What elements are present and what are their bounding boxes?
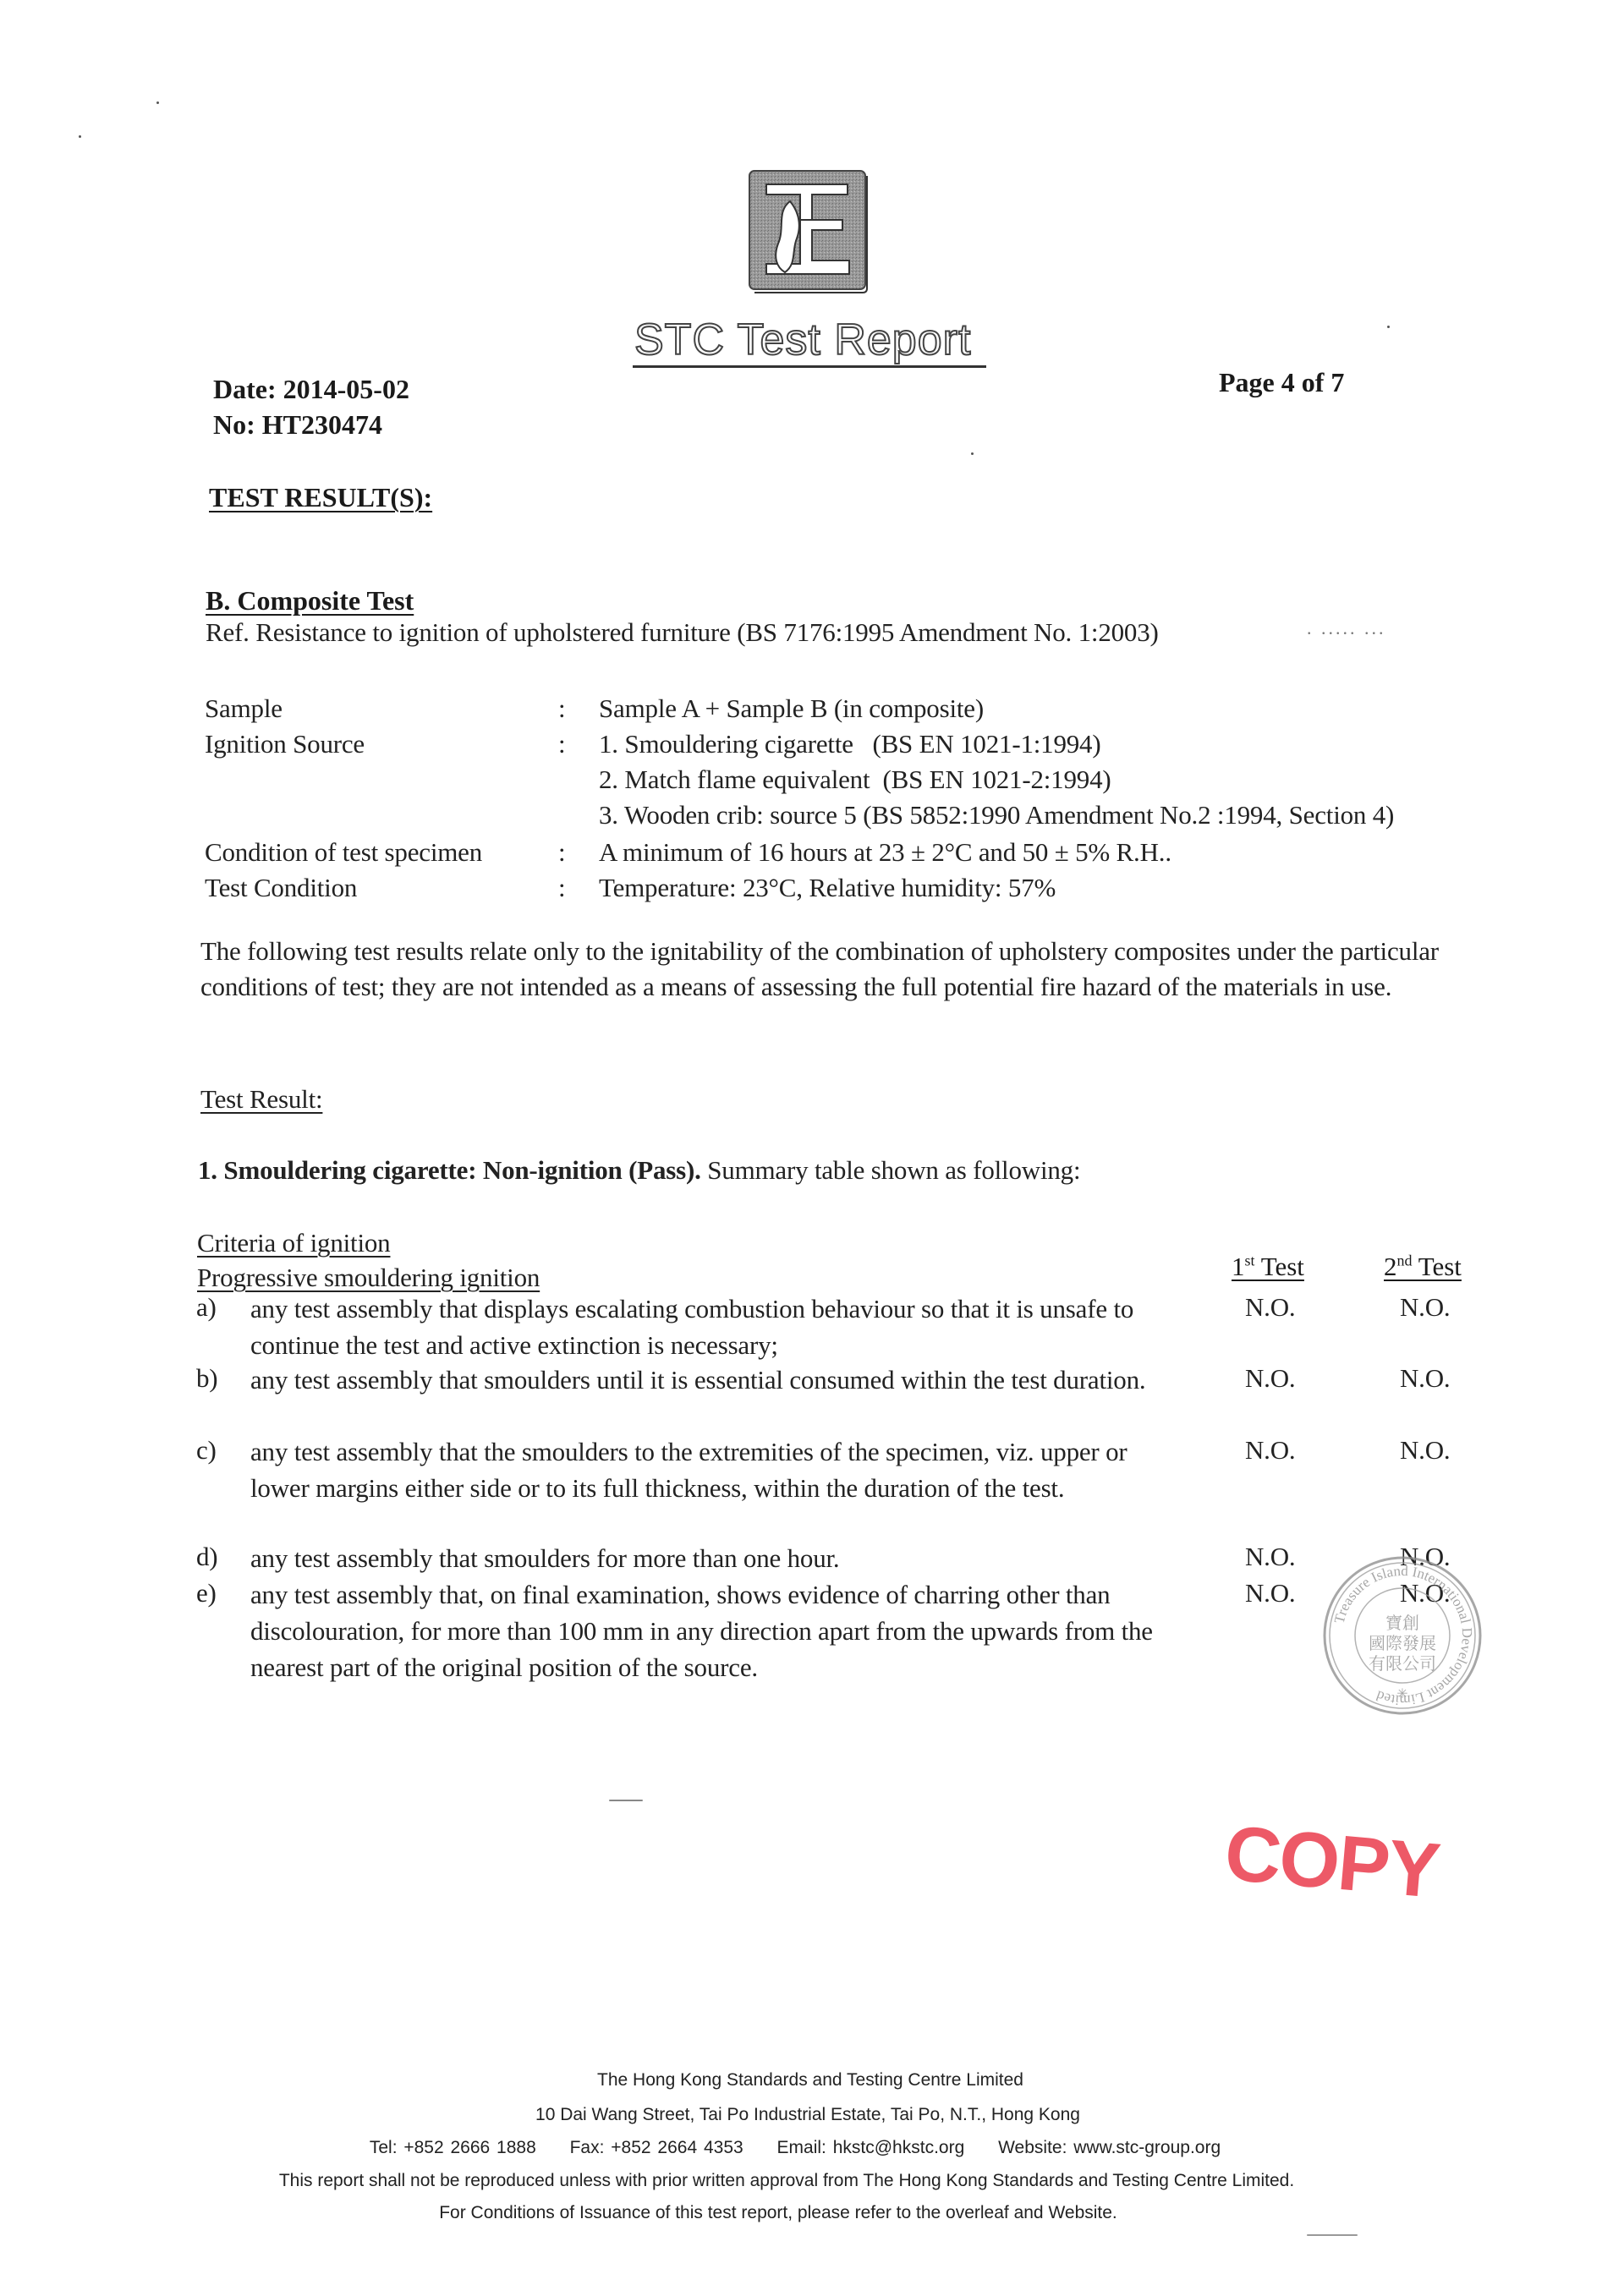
footer-address: 10 Dai Wang Street, Tai Po Industrial Es… [0, 2105, 1620, 2125]
detail-value: Sample A + Sample B (in composite) [599, 693, 984, 724]
column-1-sup: st [1245, 1252, 1255, 1269]
report-date: Date: 2014-05-02 [213, 374, 409, 405]
criteria-text: any test assembly that smoulders until i… [250, 1362, 1181, 1398]
column-header-test-2: 2nd Test [1384, 1252, 1462, 1282]
criteria-text: any test assembly that, on final examina… [250, 1576, 1181, 1685]
scan-dots: . ..... ... [1307, 617, 1386, 639]
result-test-1: N.O. [1245, 1578, 1295, 1608]
detail-colon: : [558, 729, 565, 759]
smouldering-result-line: 1. Smouldering cigarette: Non-ignition (… [198, 1155, 1080, 1186]
test-result-label: Test Result: [200, 1084, 322, 1115]
footer-email[interactable]: Email: hkstc@hkstc.org [777, 2138, 965, 2157]
result-headline: 1. Smouldering cigarette: Non-ignition (… [198, 1155, 701, 1185]
scan-speck [609, 1800, 643, 1801]
criteria-label: Criteria of ignition [197, 1228, 390, 1258]
detail-value: 1. Smouldering cigarette (BS EN 1021-1:1… [599, 729, 1100, 759]
scan-speck [79, 135, 81, 138]
detail-value: A minimum of 16 hours at 23 ± 2°C and 50… [599, 837, 1171, 868]
svg-text:寶創: 寶創 [1385, 1613, 1419, 1633]
section-title: B. Composite Test [206, 585, 414, 616]
criteria-text: any test assembly that displays escalati… [250, 1290, 1181, 1363]
criteria-letter: a) [196, 1292, 217, 1323]
footer-tel: Tel: +852 2666 1888 [370, 2138, 536, 2157]
footer-contact: Tel: +852 2666 1888 Fax: +852 2664 4353 … [0, 2138, 1607, 2158]
result-test-1: N.O. [1245, 1292, 1295, 1323]
detail-value: Temperature: 23°C, Relative humidity: 57… [599, 873, 1056, 903]
progressive-smouldering-label: Progressive smouldering ignition [197, 1263, 540, 1293]
scan-speck [1387, 326, 1390, 328]
reference-line: Ref. Resistance to ignition of upholster… [206, 617, 1159, 648]
criteria-letter: e) [196, 1578, 217, 1608]
scan-speck [156, 101, 159, 104]
criteria-letter: d) [196, 1542, 217, 1572]
criteria-text: any test assembly that the smoulders to … [250, 1433, 1181, 1506]
disclaimer-paragraph: The following test results relate only t… [200, 934, 1520, 1005]
criteria-letter: b) [196, 1363, 217, 1394]
svg-text:國際發展: 國際發展 [1369, 1633, 1436, 1653]
detail-label: Sample [205, 693, 283, 724]
result-headline-rest: Summary table shown as following: [701, 1155, 1081, 1185]
column-2-sup: nd [1397, 1252, 1413, 1269]
title-underline [633, 365, 986, 368]
svg-text:有限公司: 有限公司 [1369, 1653, 1436, 1674]
column-2-num: 2 [1384, 1252, 1397, 1281]
result-test-1: N.O. [1245, 1542, 1295, 1572]
detail-colon: : [558, 693, 565, 724]
column-1-label: Test [1255, 1252, 1304, 1281]
result-test-1: N.O. [1245, 1435, 1295, 1466]
result-test-2: N.O. [1400, 1363, 1450, 1394]
criteria-text: any test assembly that smoulders for mor… [250, 1540, 1181, 1576]
company-seal-stamp: Treasure Island International Developmen… [1321, 1554, 1484, 1717]
footer-website[interactable]: Website: www.stc-group.org [998, 2138, 1221, 2157]
result-test-1: N.O. [1245, 1363, 1295, 1394]
result-test-2: N.O. [1400, 1292, 1450, 1323]
report-number: No: HT230474 [213, 409, 382, 441]
footer-conditions: For Conditions of Issuance of this test … [0, 2203, 1590, 2223]
scan-speck [1307, 2234, 1358, 2236]
column-1-num: 1 [1232, 1252, 1245, 1281]
test-results-heading: TEST RESULT(S): [209, 482, 432, 513]
footer-notice: This report shall not be reproduced unle… [0, 2171, 1599, 2191]
report-title: STC Test Report [634, 315, 971, 365]
criteria-letter: c) [196, 1435, 217, 1466]
copy-stamp: COPY [1221, 1809, 1442, 1916]
detail-colon: : [558, 837, 565, 868]
column-2-label: Test [1413, 1252, 1462, 1281]
detail-value: 3. Wooden crib: source 5 (BS 5852:1990 A… [599, 800, 1394, 830]
footer-company: The Hong Kong Standards and Testing Cent… [0, 2070, 1622, 2091]
detail-label: Test Condition [205, 873, 357, 903]
page-number: Page 4 of 7 [1219, 367, 1344, 398]
scan-speck [971, 452, 974, 455]
detail-value: 2. Match flame equivalent (BS EN 1021-2:… [599, 764, 1111, 795]
column-header-test-1: 1st Test [1232, 1252, 1304, 1282]
footer-fax: Fax: +852 2664 4353 [570, 2138, 743, 2157]
detail-label: Ignition Source [205, 729, 365, 759]
result-test-2: N.O. [1400, 1435, 1450, 1466]
detail-colon: : [558, 873, 565, 903]
stc-logo-icon [748, 169, 873, 296]
svg-text:✳: ✳ [1396, 1685, 1407, 1701]
detail-label: Condition of test specimen [205, 837, 482, 868]
